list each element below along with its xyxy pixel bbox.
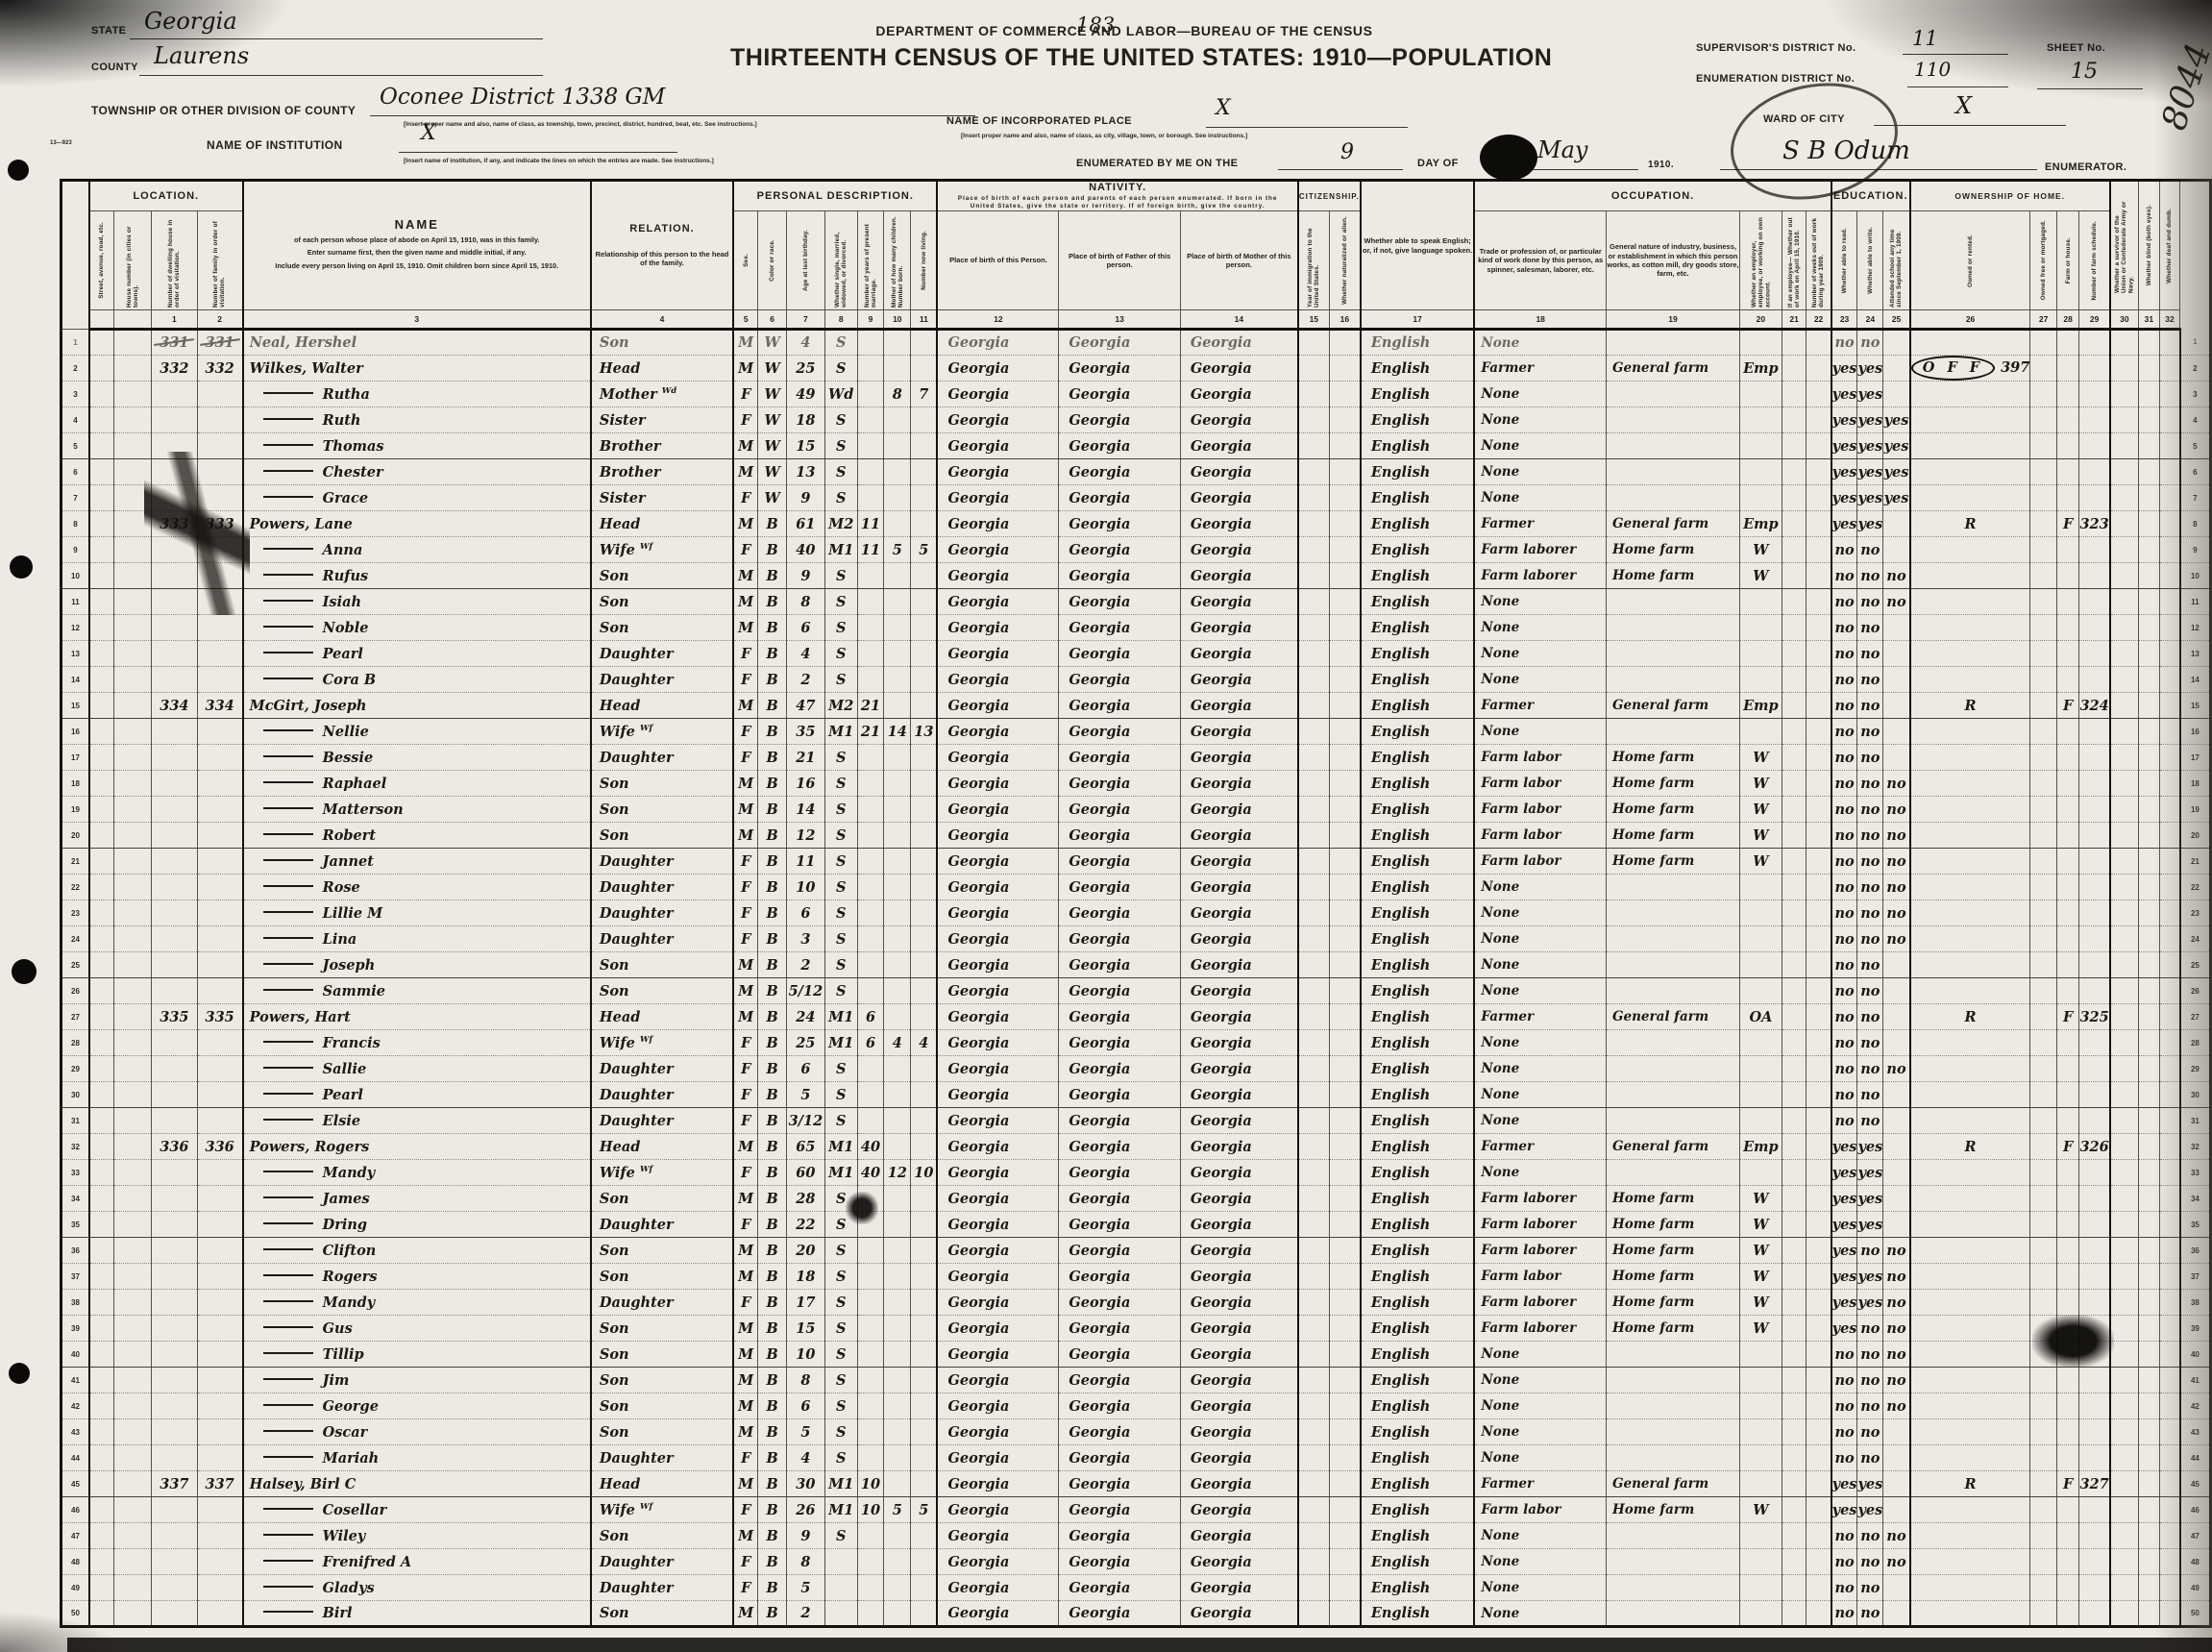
cell-wk [1806,1445,1831,1471]
cell-street [89,952,113,978]
cell-wr: yes [1857,382,1883,407]
cell-cb [884,1419,911,1445]
cell-fs: 325 [2079,1004,2110,1030]
cell-df [2159,1393,2180,1419]
cell-name: Ruth [243,407,591,433]
cell-ind [1606,1419,1739,1445]
table-header: LOCATION.NAMEof each person whose place … [61,181,2211,330]
cell-vet [2110,693,2139,719]
cell-cr: B [758,771,787,797]
cell-house [113,1445,151,1471]
cell-dw [152,1549,197,1575]
cell-house [113,1601,151,1627]
cell-cb [884,823,911,849]
cell-mor [2030,511,2056,537]
cell-ag: 8 [786,1549,824,1575]
cell-pb: Georgia [937,511,1058,537]
cell-fh [2056,745,2079,771]
cell-name: Wilkes, Walter [243,356,591,382]
cell-ag: 24 [786,1004,824,1030]
cell-sch [1883,1497,1910,1523]
cell-tr: Farm laborer [1474,1186,1606,1212]
cell-numL: 4 [61,407,89,433]
cell-eng: English [1361,1419,1475,1445]
cell-emp [1739,900,1782,926]
section-nativity: NATIVITY.Place of birth of each person a… [937,181,1297,211]
cell-ind: General farm [1606,1134,1739,1160]
cell-numR: 3 [2180,382,2211,407]
cell-fs [2079,1601,2110,1627]
census-row: 4RuthSisterFW18SGeorgiaGeorgiaGeorgiaEng… [61,407,2211,433]
cell-numR: 28 [2180,1030,2211,1056]
cell-rd: no [1831,1393,1857,1419]
cell-fam [197,1056,243,1082]
cell-cl [911,1471,938,1497]
cell-rel: Head [591,511,733,537]
cell-rel: Sister [591,407,733,433]
cell-pbm: Georgia [1180,1264,1298,1290]
enumerated-month: May [1537,136,1587,163]
cell-ag: 17 [786,1290,824,1316]
cell-ag: 6 [786,615,824,641]
cell-wr: no [1857,875,1883,900]
cell-ms: S [824,667,857,693]
cell-pbm: Georgia [1180,1368,1298,1393]
cell-numR: 50 [2180,1601,2211,1627]
cell-ow [1782,1030,1806,1056]
cell-ow [1782,1290,1806,1316]
cell-ow [1782,875,1806,900]
cell-name: Elsie [243,1108,591,1134]
cell-eng: English [1361,978,1475,1004]
cell-eng: English [1361,407,1475,433]
cell-numL: 50 [61,1601,89,1627]
cell-numL: 13 [61,641,89,667]
cell-ag: 2 [786,667,824,693]
cell-numR: 41 [2180,1368,2211,1393]
cell-emp: W [1739,1290,1782,1316]
cell-tr: None [1474,485,1606,511]
cell-street [89,1368,113,1393]
cell-cb [884,1393,911,1419]
cell-pbf: Georgia [1059,1419,1180,1445]
colnum-imm: 15 [1298,310,1329,330]
cell-fh [2056,900,2079,926]
cell-tr: None [1474,330,1606,356]
surname: Powers, [250,516,310,532]
cell-vet [2110,1134,2139,1160]
cell-sx: M [733,433,758,459]
cell-cl [911,926,938,952]
census-row: 42GeorgeSonMB6SGeorgiaGeorgiaGeorgiaEngl… [61,1393,2211,1419]
cell-wr: no [1857,1316,1883,1342]
cell-mor [2030,563,2056,589]
cell-ow [1782,485,1806,511]
cell-eng: English [1361,667,1475,693]
cell-ag: 10 [786,875,824,900]
cell-pbm: Georgia [1180,1523,1298,1549]
cell-cr: B [758,1471,787,1497]
cell-imm [1298,382,1329,407]
cell-cl [911,900,938,926]
cell-rd: yes [1831,1264,1857,1290]
cell-cb: 4 [884,1030,911,1056]
cell-name: Frenifred A [243,1549,591,1575]
cell-tr: None [1474,1082,1606,1108]
cell-nat [1329,1108,1361,1134]
cell-ym [857,771,884,797]
cell-street [89,875,113,900]
cell-pbf: Georgia [1059,797,1180,823]
sheet-line [2037,88,2143,89]
cell-ms: S [824,900,857,926]
cell-wr: yes [1857,485,1883,511]
cell-ind [1606,1549,1739,1575]
cell-pbm: Georgia [1180,1212,1298,1238]
cell-tr: None [1474,719,1606,745]
cell-pb: Georgia [937,1290,1058,1316]
cell-ag: 60 [786,1160,824,1186]
colnum-emp: 20 [1739,310,1782,330]
cell-fh [2056,771,2079,797]
cell-pbf: Georgia [1059,589,1180,615]
cell-own [1910,1445,2030,1471]
cell-df [2159,1108,2180,1134]
cell-ag: 10 [786,1342,824,1368]
cell-numR: 37 [2180,1264,2211,1290]
cell-mor [2030,693,2056,719]
cell-dw: 331 [152,330,197,356]
cell-nat [1329,1523,1361,1549]
cell-dw [152,1186,197,1212]
cell-cb [884,900,911,926]
cell-numL: 24 [61,926,89,952]
cell-vet [2110,1290,2139,1316]
cell-house [113,641,151,667]
cell-mor [2030,407,2056,433]
ditto-mark [263,807,313,809]
cell-sx: F [733,1445,758,1471]
cell-dw [152,900,197,926]
cell-eng: English [1361,1108,1475,1134]
cell-fam [197,926,243,952]
cell-street [89,1004,113,1030]
cell-ind [1606,382,1739,407]
cell-nat [1329,797,1361,823]
cell-emp [1739,1601,1782,1627]
cell-ym: 6 [857,1004,884,1030]
cell-house [113,1212,151,1238]
cell-tr: None [1474,667,1606,693]
colnum-ms: 8 [824,310,857,330]
cell-sx: M [733,330,758,356]
cell-emp [1739,615,1782,641]
cell-wr: no [1857,1368,1883,1393]
cell-house [113,952,151,978]
cell-house [113,875,151,900]
cell-own [1910,407,2030,433]
cell-wk [1806,1134,1831,1160]
cell-pb: Georgia [937,382,1058,407]
cell-street [89,330,113,356]
cell-fh [2056,823,2079,849]
cell-rd: yes [1831,1134,1857,1160]
cell-street [89,823,113,849]
cell-df [2159,693,2180,719]
cell-ag: 6 [786,1056,824,1082]
cell-fh [2056,1160,2079,1186]
cell-tr: None [1474,1342,1606,1368]
cell-cb [884,1264,911,1290]
cell-pb: Georgia [937,641,1058,667]
cell-pb: Georgia [937,1108,1058,1134]
cell-house [113,1108,151,1134]
cell-sx: M [733,589,758,615]
cell-mor [2030,1419,2056,1445]
ditto-mark [263,600,313,602]
cell-rel: Son [591,589,733,615]
cell-ms: S [824,875,857,900]
census-sheet: STATE Georgia COUNTY Laurens TOWNSHIP OR… [0,0,2212,1652]
cell-ag: 61 [786,511,824,537]
cell-own [1910,823,2030,849]
cell-imm [1298,459,1329,485]
cell-mor [2030,1445,2056,1471]
cell-street [89,1082,113,1108]
cell-ym [857,1575,884,1601]
cell-nat [1329,563,1361,589]
cell-df [2159,745,2180,771]
cell-rd: no [1831,1523,1857,1549]
cell-house [113,900,151,926]
enumeration-value: 110 [1914,58,1951,81]
census-row: 2332332Wilkes, WalterHeadMW25SGeorgiaGeo… [61,356,2211,382]
cell-house [113,719,151,745]
cell-own [1910,1108,2030,1134]
cell-ind [1606,667,1739,693]
cell-ag: 25 [786,356,824,382]
cell-pbf: Georgia [1059,900,1180,926]
cell-imm [1298,797,1329,823]
cell-dw [152,1368,197,1393]
cell-nat [1329,719,1361,745]
cell-own [1910,1082,2030,1108]
cell-sch: no [1883,926,1910,952]
cell-numL: 25 [61,952,89,978]
cell-rel: Sister [591,485,733,511]
cell-numR: 2 [2180,356,2211,382]
cell-fam [197,1160,243,1186]
cell-rel: Son [591,330,733,356]
cell-df [2159,1419,2180,1445]
cell-mor [2030,978,2056,1004]
cell-mor [2030,615,2056,641]
cell-pb: Georgia [937,356,1058,382]
cell-ym [857,1264,884,1290]
cell-tr: Farm laborer [1474,1316,1606,1342]
cell-ow [1782,823,1806,849]
cell-numR: 43 [2180,1419,2211,1445]
cell-cb [884,771,911,797]
cell-vet [2110,1471,2139,1497]
cell-street [89,978,113,1004]
cell-ind [1606,1575,1739,1601]
cell-own [1910,1186,2030,1212]
cell-pbf: Georgia [1059,511,1180,537]
cell-ym [857,1342,884,1368]
cell-fh [2056,1419,2079,1445]
cell-eng: English [1361,537,1475,563]
cell-ow [1782,667,1806,693]
cell-ag: 18 [786,1264,824,1290]
cell-imm [1298,693,1329,719]
cell-house [113,745,151,771]
header-col-tr: Trade or profession of, or particular ki… [1474,211,1606,310]
census-row: 17BessieDaughterFB21SGeorgiaGeorgiaGeorg… [61,745,2211,771]
cell-mor [2030,1030,2056,1056]
cell-numL: 46 [61,1497,89,1523]
cell-rd: no [1831,849,1857,875]
cell-ym: 21 [857,693,884,719]
cell-df [2159,823,2180,849]
cell-imm [1298,433,1329,459]
cell-ow [1782,1212,1806,1238]
ditto-mark [263,1248,313,1250]
cell-cr: B [758,1056,787,1082]
cell-eng: English [1361,1134,1475,1160]
cell-numR: 24 [2180,926,2211,952]
colnum-eng: 17 [1361,310,1475,330]
cell-emp: W [1739,1212,1782,1238]
census-row: 20RobertSonMB12SGeorgiaGeorgiaGeorgiaEng… [61,823,2211,849]
cell-vet [2110,849,2139,875]
cell-bl [2139,926,2160,952]
cell-street [89,693,113,719]
ward-label: WARD OF CITY [1763,113,1845,125]
cell-street [89,797,113,823]
cell-numR: 6 [2180,459,2211,485]
census-row: 6ChesterBrotherMW13SGeorgiaGeorgiaGeorgi… [61,459,2211,485]
incorporated-value: X [1216,96,1231,120]
cell-tr: Farm labor [1474,771,1606,797]
cell-dw [152,1082,197,1108]
cell-wk [1806,823,1831,849]
cell-name: Rose [243,875,591,900]
cell-wr: yes [1857,1212,1883,1238]
cell-wr: yes [1857,356,1883,382]
cell-bl [2139,1601,2160,1627]
cell-ow [1782,330,1806,356]
cell-df [2159,1471,2180,1497]
cell-bl [2139,1134,2160,1160]
cell-df [2159,1575,2180,1601]
cell-cr: B [758,1108,787,1134]
cell-rel: Daughter [591,926,733,952]
cell-vet [2110,511,2139,537]
cell-ag: 8 [786,589,824,615]
cell-fs [2079,1523,2110,1549]
cell-wk [1806,563,1831,589]
cell-sx: M [733,1134,758,1160]
header-col-eng: Whether able to speak English; or, if no… [1361,181,1475,310]
cell-own [1910,719,2030,745]
cell-cl [911,667,938,693]
cell-pb: Georgia [937,797,1058,823]
cell-nat [1329,459,1361,485]
cell-fs [2079,719,2110,745]
cell-fs [2079,1160,2110,1186]
cell-ag: 35 [786,719,824,745]
cell-cr: B [758,1575,787,1601]
cell-own [1910,615,2030,641]
cell-cr: B [758,1419,787,1445]
ditto-mark [263,1222,313,1224]
cell-rel: Daughter [591,1575,733,1601]
cell-dw [152,407,197,433]
cell-numL: 31 [61,1108,89,1134]
cell-nat [1329,1264,1361,1290]
ditto-mark [263,496,313,498]
cell-vet [2110,926,2139,952]
colnum-nat: 16 [1329,310,1361,330]
cell-cl [911,589,938,615]
cell-nat [1329,1238,1361,1264]
cell-pb: Georgia [937,1030,1058,1056]
cell-eng: English [1361,1238,1475,1264]
cell-vet [2110,1549,2139,1575]
cell-house [113,1186,151,1212]
cell-fam: 333 [197,511,243,537]
cell-eng: English [1361,771,1475,797]
cell-fam [197,485,243,511]
cell-numR: 46 [2180,1497,2211,1523]
header-col-emp: Whether an employer, employee, or workin… [1739,211,1782,310]
ditto-mark [263,1041,313,1043]
cell-own [1910,1290,2030,1316]
cell-df [2159,1056,2180,1082]
cell-wr: no [1857,641,1883,667]
cell-name: Halsey, Birl C [243,1471,591,1497]
cell-ind [1606,1445,1739,1471]
cell-pbf: Georgia [1059,693,1180,719]
cell-cl [911,823,938,849]
cell-house [113,1056,151,1082]
cell-pb: Georgia [937,952,1058,978]
cell-street [89,1601,113,1627]
cell-sch: no [1883,1264,1910,1290]
cell-ms: S [824,849,857,875]
cell-fs [2079,1445,2110,1471]
cell-tr: None [1474,875,1606,900]
cell-numL: 34 [61,1186,89,1212]
cell-ms: S [824,1264,857,1290]
cell-tr: None [1474,589,1606,615]
cell-mor [2030,926,2056,952]
cell-rel: Son [591,771,733,797]
cell-street [89,1445,113,1471]
cell-fs [2079,563,2110,589]
department-line: DEPARTMENT OF COMMERCE AND LABOR—BUREAU … [730,23,1518,38]
cell-name: Mariah [243,1445,591,1471]
cell-dw [152,952,197,978]
cell-fam [197,1342,243,1368]
cell-vet [2110,1212,2139,1238]
cell-fs [2079,849,2110,875]
cell-fam [197,459,243,485]
cell-df [2159,1160,2180,1186]
cell-cl [911,1601,938,1627]
ditto-mark [263,1300,313,1302]
